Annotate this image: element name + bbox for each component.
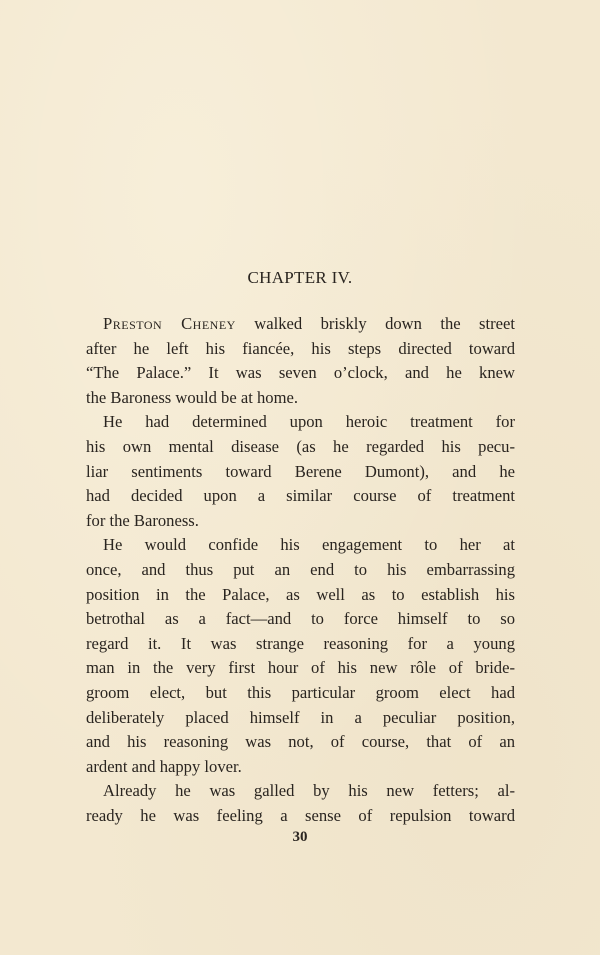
text-line: after he left his fiancée, his steps dir… — [86, 337, 515, 362]
text-line: the Baroness would be at home. — [86, 386, 515, 411]
text-line: He had determined upon heroic treatment … — [86, 410, 515, 435]
paragraph: He had determined upon heroic treatment … — [86, 410, 515, 533]
paragraph: Already he was galled by his new fetters… — [86, 779, 515, 828]
text-line: had decided upon a similar course of tre… — [86, 484, 515, 509]
text-line: position in the Palace, as well as to es… — [86, 583, 515, 608]
text-line: man in the very first hour of his new rô… — [86, 656, 515, 681]
text-line: He would confide his engagement to her a… — [86, 533, 515, 558]
text-line: and his reasoning was not, of course, th… — [86, 730, 515, 755]
text-line: for the Baroness. — [86, 509, 515, 534]
body-text: Preston Cheney walked briskly down the s… — [86, 312, 515, 828]
text-line: liar sentiments toward Berene Dumont), a… — [86, 460, 515, 485]
text-line: Already he was galled by his new fetters… — [86, 779, 515, 804]
character-name: Preston Cheney — [103, 314, 236, 333]
paragraph: He would confide his engagement to her a… — [86, 533, 515, 779]
text-line: groom elect, but this particular groom e… — [86, 681, 515, 706]
text-line: ardent and happy lover. — [86, 755, 515, 780]
book-page: CHAPTER IV. Preston Cheney walked briskl… — [0, 0, 600, 955]
text-line: his own mental disease (as he regarded h… — [86, 435, 515, 460]
text-line: “The Palace.” It was seven o’clock, and … — [86, 361, 515, 386]
text-line: regard it. It was strange reasoning for … — [86, 632, 515, 657]
text-line: once, and thus put an end to his embarra… — [86, 558, 515, 583]
text-line: ready he was feeling a sense of repulsio… — [86, 804, 515, 829]
text-line: betrothal as a fact—and to force himself… — [86, 607, 515, 632]
chapter-heading: CHAPTER IV. — [0, 268, 600, 288]
text-line: Preston Cheney walked briskly down the s… — [86, 312, 515, 337]
text-line: deliberately placed himself in a peculia… — [86, 706, 515, 731]
paragraph: Preston Cheney walked briskly down the s… — [86, 312, 515, 410]
page-number: 30 — [0, 829, 600, 846]
